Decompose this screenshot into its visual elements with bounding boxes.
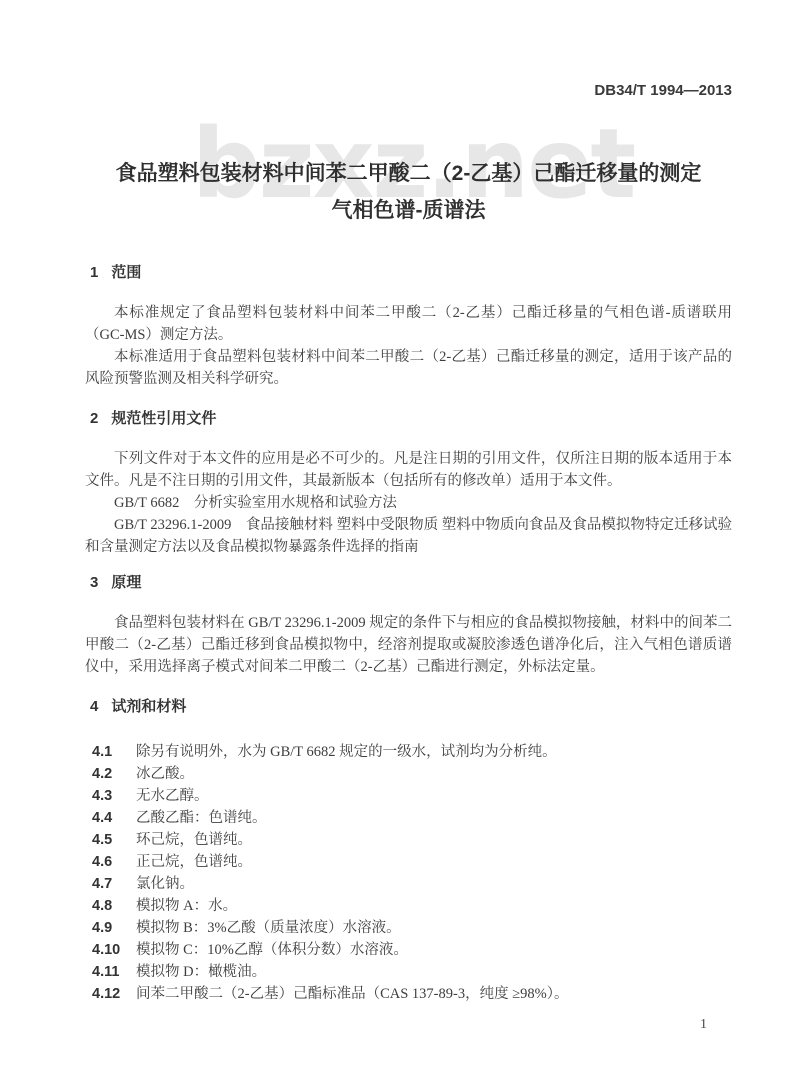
- page-content: DB34/T 1994—2013 食品塑料包装材料中间苯二甲酸二（2-乙基）己酯…: [0, 0, 800, 1005]
- section-heading: 3原理: [90, 574, 732, 591]
- reagent-item: 4.2冰乙酸。: [92, 763, 732, 785]
- item-text: 氯化钠。: [136, 876, 194, 892]
- reagent-item: 4.11模拟物 D：橄榄油。: [92, 961, 732, 983]
- section-scope: 1范围 本标准规定了食品塑料包装材料中间苯二甲酸二（2-乙基）己酯迁移量的气相色…: [85, 264, 732, 390]
- item-text: 无水乙醇。: [136, 788, 209, 804]
- section-body: 下列文件对于本文件的应用是必不可少的。凡是注日期的引用文件，仅所注日期的版本适用…: [85, 448, 732, 558]
- item-number: 4.2: [92, 763, 122, 785]
- section-number: 4: [90, 698, 98, 715]
- item-text: 冰乙酸。: [136, 766, 194, 782]
- section-number: 3: [90, 574, 98, 591]
- item-number: 4.5: [92, 829, 122, 851]
- section-normative-references: 2规范性引用文件 下列文件对于本文件的应用是必不可少的。凡是注日期的引用文件，仅…: [85, 410, 732, 558]
- item-number: 4.7: [92, 873, 122, 895]
- reagent-list: 4.1除另有说明外，水为 GB/T 6682 规定的一级水，试剂均为分析纯。 4…: [92, 741, 732, 1005]
- paragraph: 本标准规定了食品塑料包装材料中间苯二甲酸二（2-乙基）己酯迁移量的气相色谱-质谱…: [85, 302, 732, 346]
- item-text: 模拟物 B：3%乙酸（质量浓度）水溶液。: [136, 920, 401, 936]
- item-number: 4.9: [92, 917, 122, 939]
- section-body: 食品塑料包装材料在 GB/T 23296.1-2009 规定的条件下与相应的食品…: [85, 612, 732, 678]
- item-number: 4.1: [92, 741, 122, 763]
- item-text: 间苯二甲酸二（2-乙基）己酯标准品（CAS 137-89-3，纯度 ≥98%）。: [136, 986, 568, 1002]
- reagent-item: 4.1除另有说明外，水为 GB/T 6682 规定的一级水，试剂均为分析纯。: [92, 741, 732, 763]
- page-number: 1: [700, 1016, 707, 1034]
- paragraph: 下列文件对于本文件的应用是必不可少的。凡是注日期的引用文件，仅所注日期的版本适用…: [85, 448, 732, 492]
- item-number: 4.6: [92, 851, 122, 873]
- reagent-item: 4.8模拟物 A：水。: [92, 895, 732, 917]
- document-title: 食品塑料包装材料中间苯二甲酸二（2-乙基）己酯迁移量的测定 气相色谱-质谱法: [85, 155, 732, 229]
- item-text: 乙酸乙酯：色谱纯。: [136, 810, 267, 826]
- item-number: 4.4: [92, 807, 122, 829]
- item-text: 环己烷，色谱纯。: [136, 832, 252, 848]
- section-title: 原理: [111, 574, 141, 591]
- section-heading: 4试剂和材料: [90, 698, 732, 715]
- item-text: 模拟物 A：水。: [136, 898, 237, 914]
- item-number: 4.12: [92, 983, 122, 1005]
- reagent-item: 4.6正己烷，色谱纯。: [92, 851, 732, 873]
- document-page: bzxz.net DB34/T 1994—2013 食品塑料包装材料中间苯二甲酸…: [0, 0, 800, 1091]
- reagent-item: 4.3无水乙醇。: [92, 785, 732, 807]
- item-text: 模拟物 C：10%乙醇（体积分数）水溶液。: [136, 942, 408, 958]
- reagent-item: 4.10模拟物 C：10%乙醇（体积分数）水溶液。: [92, 939, 732, 961]
- reference-item: GB/T 23296.1-2009 食品接触材料 塑料中受限物质 塑料中物质向食…: [85, 514, 732, 558]
- reagent-item: 4.9模拟物 B：3%乙酸（质量浓度）水溶液。: [92, 917, 732, 939]
- reagent-item: 4.5环己烷，色谱纯。: [92, 829, 732, 851]
- reagent-item: 4.4乙酸乙酯：色谱纯。: [92, 807, 732, 829]
- title-line-1: 食品塑料包装材料中间苯二甲酸二（2-乙基）己酯迁移量的测定: [85, 155, 732, 192]
- section-number: 1: [90, 264, 98, 281]
- item-text: 模拟物 D：橄榄油。: [136, 964, 266, 980]
- reagent-item: 4.7氯化钠。: [92, 873, 732, 895]
- item-number: 4.11: [92, 961, 122, 983]
- title-line-2: 气相色谱-质谱法: [85, 192, 732, 229]
- section-title: 规范性引用文件: [111, 410, 216, 427]
- standard-number: DB34/T 1994—2013: [85, 0, 732, 98]
- section-heading: 2规范性引用文件: [90, 410, 732, 427]
- section-title: 范围: [111, 264, 141, 281]
- item-text: 正己烷，色谱纯。: [136, 854, 252, 870]
- section-reagents-materials: 4试剂和材料 4.1除另有说明外，水为 GB/T 6682 规定的一级水，试剂均…: [85, 698, 732, 1005]
- section-body: 本标准规定了食品塑料包装材料中间苯二甲酸二（2-乙基）己酯迁移量的气相色谱-质谱…: [85, 302, 732, 390]
- item-number: 4.3: [92, 785, 122, 807]
- reagent-item: 4.12间苯二甲酸二（2-乙基）己酯标准品（CAS 137-89-3，纯度 ≥9…: [92, 983, 732, 1005]
- item-number: 4.8: [92, 895, 122, 917]
- section-heading: 1范围: [90, 264, 732, 281]
- section-title: 试剂和材料: [111, 698, 186, 715]
- section-number: 2: [90, 410, 98, 427]
- reference-item: GB/T 6682 分析实验室用水规格和试验方法: [85, 492, 732, 514]
- item-text: 除另有说明外，水为 GB/T 6682 规定的一级水，试剂均为分析纯。: [136, 744, 557, 760]
- item-number: 4.10: [92, 939, 122, 961]
- paragraph: 本标准适用于食品塑料包装材料中间苯二甲酸二（2-乙基）己酯迁移量的测定，适用于该…: [85, 346, 732, 390]
- paragraph: 食品塑料包装材料在 GB/T 23296.1-2009 规定的条件下与相应的食品…: [85, 612, 732, 678]
- section-principle: 3原理 食品塑料包装材料在 GB/T 23296.1-2009 规定的条件下与相…: [85, 574, 732, 678]
